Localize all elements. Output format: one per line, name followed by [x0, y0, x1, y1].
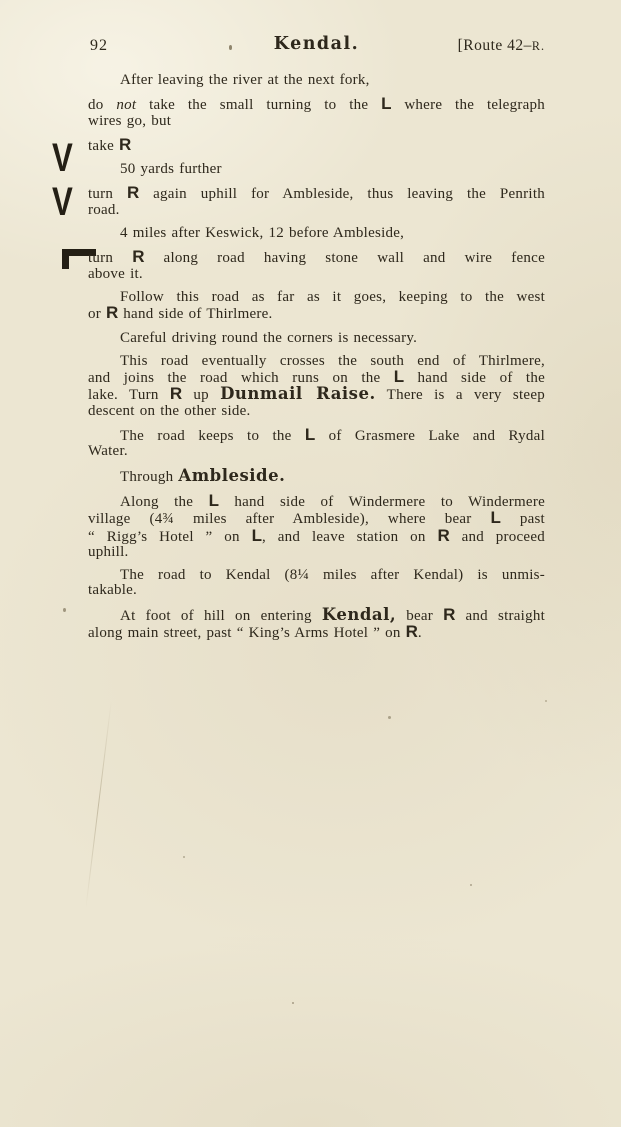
body-text: where the telegraph [392, 97, 545, 113]
body-text: Along the [120, 494, 209, 510]
paragraph: The road keeps to the L of Grasmere Lake… [88, 419, 545, 460]
text-line: road. [88, 203, 545, 218]
body-text: of Grasmere Lake and Rydal [315, 428, 545, 444]
route-reference-suffix: R. [532, 39, 545, 53]
body-text: uphill. [88, 544, 129, 560]
direction-letter: R [132, 247, 144, 266]
text-line: above it. [88, 267, 545, 282]
text-line: The road to Kendal (8¼ miles after Kenda… [88, 568, 545, 583]
text-line: “ Rigg’s Hotel ” on L, and leave station… [88, 528, 545, 545]
paper-speck [229, 45, 232, 50]
body-text: along main street, past “ King’s Arms Ho… [88, 625, 406, 641]
text-line: turn R again uphill for Ambleside, thus … [88, 185, 545, 202]
paragraph: After leaving the river at the next fork… [88, 73, 545, 88]
text-line: Careful driving round the corners is nec… [88, 331, 545, 346]
body-text: hand side of Thirlmere. [118, 306, 272, 322]
direction-letter: L [490, 508, 500, 527]
direction-letter: R [406, 622, 418, 641]
turn-mark-v-icon: V [52, 144, 73, 172]
body-text: 4 miles after Keswick, 12 before Amblesi… [120, 225, 404, 241]
body-text: Careful driving round the corners is nec… [120, 330, 417, 346]
place-name: Dunmail Raise. [220, 384, 376, 403]
direction-letter: L [209, 491, 219, 510]
text-line: village (4¾ miles after Ambleside), wher… [88, 510, 545, 527]
text-line: descent on the other side. [88, 404, 545, 419]
italic-text: not [116, 97, 136, 113]
paragraph: Follow this road as far as it goes, keep… [88, 282, 545, 323]
direction-letter: R [119, 135, 131, 154]
text-line: Follow this road as far as it goes, keep… [88, 290, 545, 305]
body-text: At foot of hill on entering [120, 608, 322, 624]
book-page: 92 Kendal. [Route 42–R. V V After leavin… [0, 0, 621, 1127]
direction-letter: R [443, 605, 455, 624]
body-text: up [182, 387, 220, 403]
page-header: 92 Kendal. [Route 42–R. [88, 34, 545, 58]
paragraph: turn R along road having stone wall and … [88, 241, 545, 282]
body-text: bear [396, 608, 443, 624]
body-text: turn [88, 250, 132, 266]
paragraph: The road to Kendal (8¼ miles after Kenda… [88, 560, 545, 599]
direction-letter: R [127, 183, 139, 202]
direction-letter: R [437, 526, 449, 545]
body-text: and proceed [450, 529, 545, 545]
paper-speck [388, 716, 391, 719]
body-text: Follow this road as far as it goes, keep… [120, 289, 545, 305]
place-name: Kendal, [322, 605, 396, 624]
direction-letter: L [381, 94, 391, 113]
text-line: The road keeps to the L of Grasmere Lake… [88, 427, 545, 444]
body-text: The road keeps to the [120, 428, 305, 444]
paragraph: 50 yards further [88, 154, 545, 177]
place-name: Ambleside. [178, 466, 285, 485]
direction-letter: L [394, 367, 404, 386]
text-line: Along the L hand side of Windermere to W… [88, 493, 545, 510]
body-text: past [501, 511, 545, 527]
text-line: do not take the small turning to the L w… [88, 96, 545, 113]
text-line: uphill. [88, 545, 545, 560]
paragraph: Through Ambleside. [88, 460, 545, 485]
body-text: take the small turning to the [136, 97, 381, 113]
text-line: along main street, past “ King’s Arms Ho… [88, 624, 545, 641]
route-reference-text: [Route 42– [458, 37, 532, 54]
direction-letter: R [170, 384, 182, 403]
body-text: do [88, 97, 116, 113]
direction-letter: L [252, 526, 262, 545]
paragraph: 4 miles after Keswick, 12 before Amblesi… [88, 218, 545, 241]
paper-speck [545, 700, 547, 702]
body-text: 50 yards further [120, 161, 222, 177]
paragraph: At foot of hill on entering Kendal, bear… [88, 599, 545, 642]
body-text: take [88, 138, 119, 154]
text-line: 4 miles after Keswick, 12 before Amblesi… [88, 226, 545, 241]
body-text: lake. Turn [88, 387, 170, 403]
body-text: Through [120, 469, 178, 485]
text-line: Water. [88, 444, 545, 459]
body-text: “ Rigg’s Hotel ” on [88, 529, 252, 545]
paragraph: This road eventually crosses the south e… [88, 346, 545, 419]
body-text: , and leave station on [262, 529, 438, 545]
body-text: After leaving the river at the next fork… [120, 72, 370, 88]
text-line: turn R along road having stone wall and … [88, 249, 545, 266]
paragraph: Along the L hand side of Windermere to W… [88, 485, 545, 560]
paper-speck [292, 1002, 294, 1004]
body-text: There is a very steep [376, 387, 545, 403]
body-text: hand side of the [404, 370, 545, 386]
paragraph: Careful driving round the corners is nec… [88, 323, 545, 346]
text-line: or R hand side of Thirlmere. [88, 305, 545, 322]
body-text: village (4¾ miles after Ambleside), wher… [88, 511, 490, 527]
body-text: The road to Kendal (8¼ miles after Kenda… [120, 567, 545, 583]
body-text: road. [88, 202, 120, 218]
body-text: again uphill for Ambleside, thus leaving… [139, 186, 545, 202]
route-reference: [Route 42–R. [458, 37, 545, 55]
body-text: and straight [455, 608, 545, 624]
text-line: take R [88, 137, 545, 154]
text-line: After leaving the river at the next fork… [88, 73, 545, 88]
paragraph: turn R again uphill for Ambleside, thus … [88, 177, 545, 218]
paper-speck [183, 856, 185, 858]
text-line: lake. Turn R up Dunmail Raise. There is … [88, 386, 545, 403]
route-directions: After leaving the river at the next fork… [88, 73, 545, 641]
paper-scratch [85, 701, 112, 910]
text-line: This road eventually crosses the south e… [88, 354, 545, 369]
body-text: takable. [88, 582, 137, 598]
text-line: wires go, but [88, 114, 545, 129]
paragraph: take R [88, 129, 545, 154]
body-text: along road having stone wall and wire fe… [145, 250, 546, 266]
paper-speck [470, 884, 472, 886]
body-text: descent on the other side. [88, 403, 251, 419]
text-line: 50 yards further [88, 162, 545, 177]
body-text: wires go, but [88, 113, 171, 129]
direction-letter: R [106, 303, 118, 322]
body-text: This road eventually crosses the south e… [120, 353, 545, 369]
text-line: Through Ambleside. [88, 468, 545, 485]
body-text: or [88, 306, 106, 322]
paragraph: do not take the small turning to the L w… [88, 88, 545, 129]
direction-letter: L [305, 425, 315, 444]
body-text: Water. [88, 443, 128, 459]
paper-speck [63, 608, 66, 612]
body-text: above it. [88, 266, 143, 282]
body-text: . [418, 625, 422, 641]
text-line: At foot of hill on entering Kendal, bear… [88, 607, 545, 624]
body-text: turn [88, 186, 127, 202]
turn-mark-v-icon: V [52, 188, 73, 216]
text-line: takable. [88, 583, 545, 598]
